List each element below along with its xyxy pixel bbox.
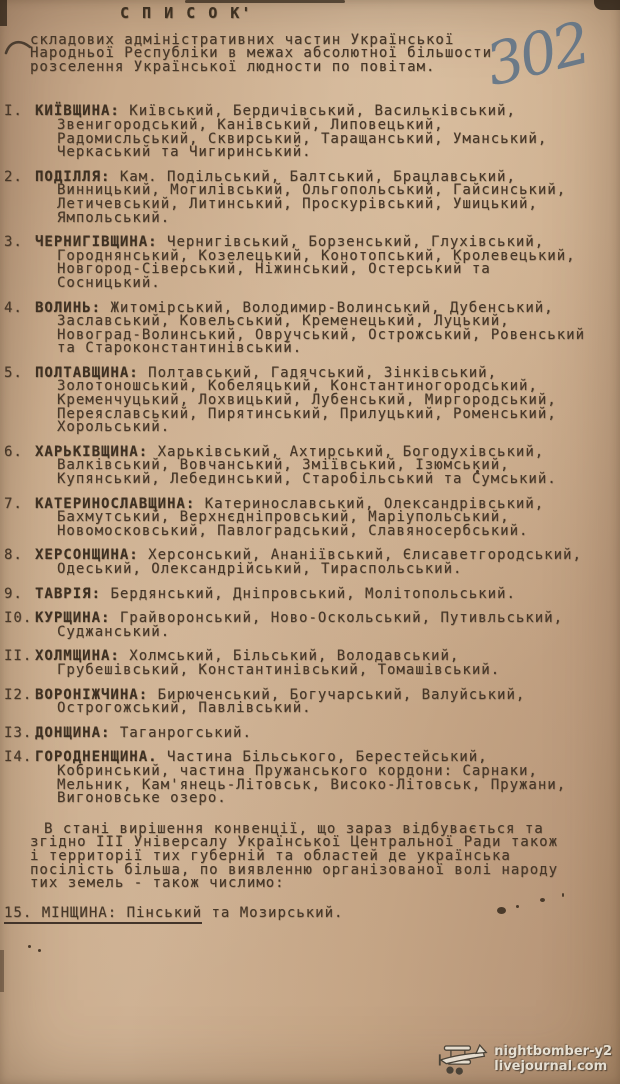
handwritten-brace-mark — [4, 36, 34, 58]
list-item: 3. ЧЕРНИГІВЩИНА: Чернигівський, Борзенсь… — [4, 236, 620, 290]
ink-speck — [540, 898, 545, 902]
list-item: І4. ГОРОДНЕНЩИНА. Частина Більського, Бе… — [4, 751, 620, 805]
item-number: 7. — [4, 498, 35, 539]
ink-speck — [476, 470, 479, 473]
item-body: ЧЕРНИГІВЩИНА: Чернигівський, Борзенський… — [35, 236, 585, 290]
scan-edge-mark — [185, 0, 345, 3]
watermark-text: nightbomber-y2 livejournal.com — [494, 1044, 612, 1074]
scan-edge-mark — [0, 950, 4, 992]
ink-speck — [28, 945, 31, 948]
county-names: Кам. Подільський, Балтський, Брацлавськи… — [57, 169, 566, 226]
item-number: 8. — [4, 549, 35, 576]
item-body: ХАРЬКІВЩИНА: Харьківський, Ахтирський, Б… — [35, 446, 585, 487]
list-item: І. КИЇВЩИНА: Київський, Бердичівський, В… — [4, 105, 620, 159]
list-item-15: 15. МІНЩИНА: Пінський та Мозирський. — [4, 907, 620, 921]
item-body: ХЕРСОНЩИНА: Херсонський, Ананіївський, Є… — [35, 549, 585, 576]
item-body: ТАВРІЯ: Бердянський, Дніпровський, Моліт… — [35, 588, 585, 602]
ink-speck — [562, 893, 564, 897]
intro-paragraph: складових адміністративних частин Україн… — [30, 34, 492, 75]
list-item: 7. КАТЕРИНОСЛАВЩИНА: Катеринославський, … — [4, 498, 620, 539]
ink-speck — [516, 905, 519, 908]
biplane-icon — [437, 1040, 489, 1078]
item-number: І0. — [4, 612, 35, 639]
item-number: І4. — [4, 751, 35, 805]
item-body: КИЇВЩИНА: Київський, Бердичівський, Васи… — [35, 105, 585, 159]
document-page: 302 С П И С О К' складових адміністратив… — [0, 0, 620, 1084]
item-body: ГОРОДНЕНЩИНА. Частина Більського, Берест… — [35, 751, 585, 805]
ink-speck — [497, 907, 506, 914]
list-item: І2. ВОРОНІЖЧИНА: Бирюченський, Богучарсь… — [4, 689, 620, 716]
list-item: ІІ. ХОЛМЩИНА: Холмський, Більський, Воло… — [4, 650, 620, 677]
item-body: ХОЛМЩИНА: Холмський, Більський, Володавс… — [35, 650, 585, 677]
county-names: Житомірський, Володимир-Волинський, Дубе… — [57, 300, 585, 357]
item-number: І2. — [4, 689, 35, 716]
item-number: 3. — [4, 236, 35, 290]
item-body: ПОДІЛЛЯ: Кам. Подільський, Балтський, Бр… — [35, 171, 585, 225]
region-name: ТАВРІЯ: — [35, 586, 101, 602]
item-body: КАТЕРИНОСЛАВЩИНА: Катеринославський, Оле… — [35, 498, 585, 539]
county-names: Бердянський, Дніпровський, Молітопольськ… — [110, 586, 515, 602]
item15-underlined-part: 15. МІНЩИНА: Пінський — [4, 905, 202, 924]
item-number: ІІ. — [4, 650, 35, 677]
watermark-line1: nightbomber-y2 — [494, 1044, 612, 1059]
list-item: 5. ПОЛТАВЩИНА: Полтавський, Гадячський, … — [4, 367, 620, 435]
item-number: 9. — [4, 588, 35, 602]
watermark: nightbomber-y2 livejournal.com — [437, 1040, 612, 1078]
item-body: ВОЛИНЬ: Житомірський, Володимир-Волинськ… — [35, 302, 585, 356]
item-number: 5. — [4, 367, 35, 435]
ink-speck — [38, 949, 41, 952]
item-number: 4. — [4, 302, 35, 356]
county-names: Грайворонський, Ново-Оскольський, Путивл… — [57, 610, 563, 640]
scan-corner-mark — [594, 0, 620, 10]
item15-rest: та Мозирський. — [202, 905, 343, 921]
item-number: 2. — [4, 171, 35, 225]
item-body: ПОЛТАВЩИНА: Полтавський, Гадячський, Зін… — [35, 367, 585, 435]
list-item: 2. ПОДІЛЛЯ: Кам. Подільський, Балтський,… — [4, 171, 620, 225]
list-item: 6. ХАРЬКІВЩИНА: Харьківський, Ахтирський… — [4, 446, 620, 487]
list-item: І0. КУРЩИНА: Грайворонський, Ново-Осколь… — [4, 612, 620, 639]
regions-list: І. КИЇВЩИНА: Київський, Бердичівський, В… — [4, 105, 620, 805]
item-body: КУРЩИНА: Грайворонський, Ново-Оскольськи… — [35, 612, 585, 639]
item-body: ВОРОНІЖЧИНА: Бирюченський, Богучарський,… — [35, 689, 585, 716]
closing-paragraph: В стані вирішення конвенції, що зараз ві… — [30, 823, 572, 891]
region-name: ДОНЩИНА: — [35, 725, 110, 741]
item-body: ДОНЩИНА: Таганрогський. — [35, 727, 585, 741]
list-item: 4. ВОЛИНЬ: Житомірський, Володимир-Волин… — [4, 302, 620, 356]
watermark-line2: livejournal.com — [494, 1059, 612, 1074]
item-number: 6. — [4, 446, 35, 487]
county-names: Київський, Бердичівський, Васильківський… — [57, 103, 547, 160]
item-number: І3. — [4, 727, 35, 741]
scan-corner-mark — [0, 0, 7, 26]
county-names: Таганрогський. — [120, 725, 252, 741]
list-item: І3. ДОНЩИНА: Таганрогський. — [4, 727, 620, 741]
item-number: І. — [4, 105, 35, 159]
county-names: Холмський, Більський, Володавський, Груб… — [57, 648, 500, 678]
list-item: 9. ТАВРІЯ: Бердянський, Дніпровський, Мо… — [4, 588, 620, 602]
list-item: 8. ХЕРСОНЩИНА: Херсонський, Ананіївський… — [4, 549, 620, 576]
